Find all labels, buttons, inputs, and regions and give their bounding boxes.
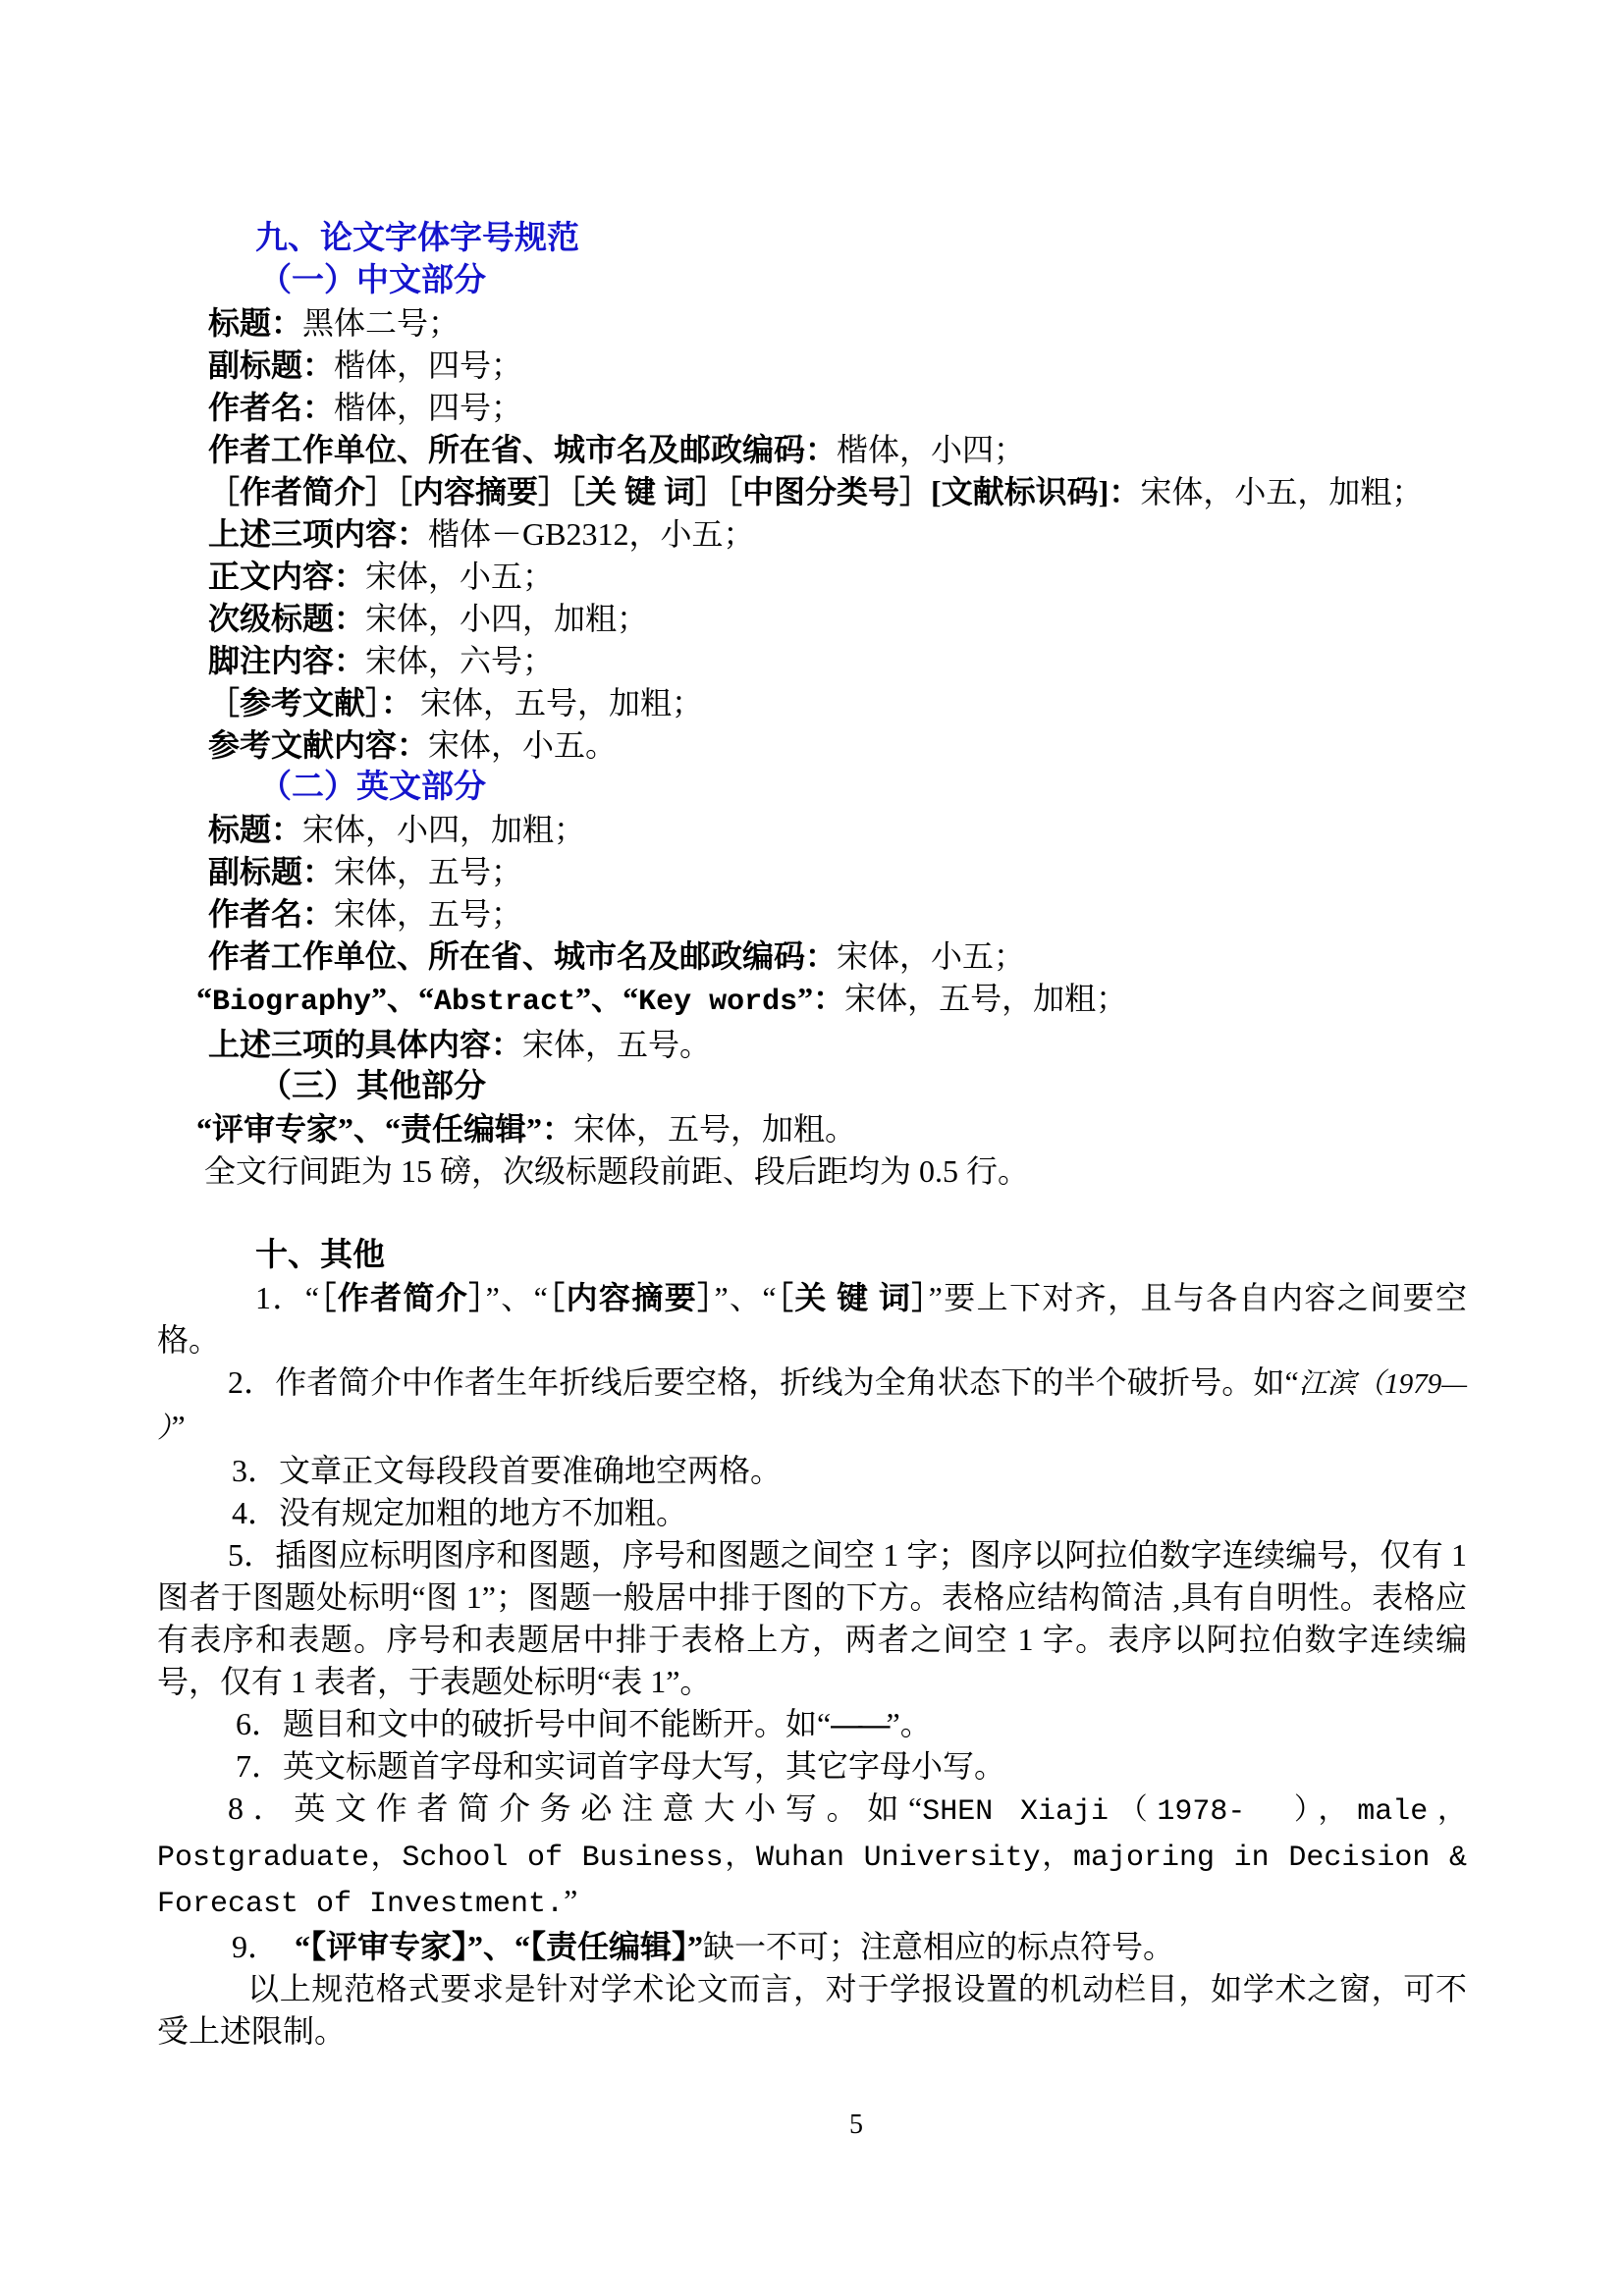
text-run: ”：: [797, 981, 844, 1016]
spec-line-footnote: 脚注内容：宋体，六号；: [208, 640, 1467, 682]
item-6: 6．题目和文中的破折号中间不能断开。如“——”。: [157, 1703, 1467, 1745]
document-content: 九、论文字体字号规范（一）中文部分标题：黑体二号；副标题：楷体，四号；作者名：楷…: [157, 218, 1467, 2053]
spec-line-title: 标题：黑体二号；: [208, 302, 1467, 345]
text-run: 宋体，小四，加粗；: [302, 812, 585, 847]
text-run: 全文行间距为 15 磅，次级标题段前距、段后距均为 0.5 行。: [204, 1153, 1029, 1189]
text-run: 标题：: [208, 812, 302, 847]
spec-line-line-spacing: 全文行间距为 15 磅，次级标题段前距、段后距均为 0.5 行。: [204, 1150, 1467, 1193]
spec-line-affiliation: 作者工作单位、所在省、城市名及邮政编码：楷体，小四；: [208, 429, 1467, 471]
closing-paragraph: 以上规范格式要求是针对学术论文而言，对于学报设置的机动栏目，如学术之窗，可不受上…: [157, 1968, 1467, 2053]
spec-line-en-content: 上述三项的具体内容：宋体，五号。: [208, 1024, 1467, 1066]
text-run: 9．: [232, 1929, 295, 1964]
text-run: ［参考文献］：: [208, 685, 412, 721]
text-run: ”: [564, 1883, 577, 1918]
text-run: Key words: [638, 986, 797, 1019]
text-run: 缺一不可；注意相应的标点符号。: [703, 1929, 1174, 1964]
text-run: 副标题：: [208, 854, 334, 889]
spec-line-meta-content: 上述三项内容：楷体－GB2312，小五；: [208, 513, 1467, 556]
text-run: “: [196, 981, 212, 1016]
text-run: 1．“: [255, 1280, 319, 1315]
text-run: 楷体，四号；: [334, 390, 522, 425]
text-run: 8．英文作者简介务必注意大小写。如“: [228, 1790, 922, 1826]
text-run: ”、“: [714, 1280, 776, 1315]
spec-line-author: 作者名：楷体，四号；: [208, 387, 1467, 429]
text-run: 楷体，小四；: [837, 432, 1025, 467]
item-8: 8．英文作者简介务必注意大小写。如“SHEN Xiaji（1978- ），mal…: [157, 1788, 1467, 1926]
spec-line-en-affiliation: 作者工作单位、所在省、城市名及邮政编码：宋体，小五；: [208, 935, 1467, 978]
spec-line-subheading: 次级标题：宋体，小四，加粗；: [208, 598, 1467, 640]
spec-line-en-keywords: “Biography”、“Abstract”、“Key words”：宋体，五号…: [196, 978, 1467, 1024]
spec-line-reviewer-editor: “评审专家”、“责任编辑”：宋体，五号，加粗。: [196, 1108, 1467, 1150]
spec-line-references-label: ［参考文献］： 宋体，五号，加粗；: [208, 682, 1467, 724]
text-run: 宋体，五号，加粗；: [844, 981, 1127, 1016]
text-run: 脚注内容：: [208, 643, 365, 678]
text-run: 宋体，五号；: [334, 896, 522, 932]
spec-line-meta-fields: ［作者简介］［内容摘要］［关 键 词］［中图分类号］[文献标识码]：宋体，小五，…: [208, 471, 1467, 513]
heading-section-9-2: （二）英文部分: [259, 767, 1467, 809]
item-5: 5．插图应标明图序和图题，序号和图题之间空 1 字；图序以阿拉伯数字连续编号，仅…: [157, 1534, 1467, 1703]
document-page: 九、论文字体字号规范（一）中文部分标题：黑体二号；副标题：楷体，四号；作者名：楷…: [0, 0, 1624, 2296]
text-run: 副标题：: [208, 347, 334, 383]
item-9: 9． “【评审专家】”、“【责任编辑】”缺一不可；注意相应的标点符号。: [157, 1926, 1467, 1968]
text-run: 3．文章正文每段段首要准确地空两格。: [232, 1453, 782, 1488]
spec-line-subtitle: 副标题：楷体，四号；: [208, 345, 1467, 387]
text-run: 楷体，四号；: [334, 347, 522, 383]
text-run: 宋体，小五；: [837, 938, 1025, 974]
text-run: 2．作者简介中作者生年折线后要空格，折线为全角状态下的半个破折号。如“: [228, 1364, 1299, 1400]
text-run: ［作者简介］［内容摘要］［关 键 词］［中图分类号］[文献标识码]：: [208, 474, 1140, 509]
text-run: 7．英文标题首字母和实词首字母大写，其它字母小写。: [236, 1748, 1005, 1784]
text-run: 以上规范格式要求是针对学术论文而言，对于学报设置的机动栏目，如学术之窗，可不受上…: [157, 1971, 1467, 2049]
text-run: 宋体，五号；: [334, 854, 522, 889]
text-run: 楷体－GB2312，小五；: [428, 516, 754, 552]
text-run: 宋体，五号，加粗；: [412, 685, 703, 721]
item-4: 4．没有规定加粗的地方不加粗。: [157, 1492, 1467, 1534]
text-run: 正文内容：: [208, 559, 365, 594]
text-run: 上述三项的具体内容：: [208, 1027, 522, 1062]
text-run: 宋体，五号。: [522, 1027, 711, 1062]
spec-line-en-author: 作者名：宋体，五号；: [208, 893, 1467, 935]
text-run: ［作者简介］: [319, 1280, 486, 1315]
heading-section-10: 十、其他: [255, 1235, 1467, 1277]
text-run: ”、“: [371, 981, 434, 1016]
text-run: 4．没有规定加粗的地方不加粗。: [232, 1495, 687, 1530]
text-run: 宋体，小五。: [428, 727, 617, 763]
text-run: ”、“: [486, 1280, 548, 1315]
text-run: ”。: [887, 1706, 932, 1741]
heading-section-9: 九、论文字体字号规范: [255, 218, 1467, 260]
text-run: ”: [172, 1409, 186, 1444]
text-run: 次级标题：: [208, 601, 365, 636]
text-run: 宋体，小五，加粗；: [1140, 474, 1423, 509]
page-number: 5: [0, 2109, 1624, 2142]
heading-section-9-1: （一）中文部分: [259, 260, 1467, 302]
blank-line: [157, 1193, 1467, 1235]
text-run: ——: [831, 1706, 886, 1741]
item-2: 2．作者简介中作者生年折线后要空格，折线为全角状态下的半个破折号。如“江滨（19…: [157, 1362, 1467, 1450]
text-run: 宋体，小五；: [365, 559, 554, 594]
item-1: 1．“［作者简介］”、“［内容摘要］”、“［关 键 词］”要上下对齐，且与各自内…: [157, 1277, 1467, 1362]
text-run: 宋体，小四，加粗；: [365, 601, 648, 636]
text-run: ［关 键 词］: [777, 1280, 929, 1315]
spec-line-references-content: 参考文献内容：宋体，小五。: [208, 724, 1467, 767]
text-run: “评审专家”、“责任编辑”：: [196, 1111, 573, 1147]
text-run: 宋体，六号；: [365, 643, 554, 678]
text-run: Abstract: [434, 986, 575, 1019]
item-7: 7．英文标题首字母和实词首字母大写，其它字母小写。: [157, 1745, 1467, 1788]
item-3: 3．文章正文每段段首要准确地空两格。: [157, 1450, 1467, 1492]
text-run: “【评审专家】”、“【责任编辑】”: [295, 1929, 703, 1964]
text-run: 作者名：: [208, 390, 334, 425]
text-run: 参考文献内容：: [208, 727, 428, 763]
spec-line-body: 正文内容：宋体，小五；: [208, 556, 1467, 598]
text-run: 十、其他: [255, 1238, 385, 1273]
text-run: 标题：: [208, 305, 302, 341]
text-run: 作者工作单位、所在省、城市名及邮政编码：: [208, 938, 837, 974]
spec-line-en-subtitle: 副标题：宋体，五号；: [208, 851, 1467, 893]
text-run: Biography: [212, 986, 371, 1019]
text-run: ”、“: [575, 981, 638, 1016]
text-run: 黑体二号；: [302, 305, 460, 341]
text-run: 宋体，五号，加粗。: [573, 1111, 856, 1147]
text-run: 九、论文字体字号规范: [255, 221, 579, 256]
text-run: 6．题目和文中的破折号中间不能断开。如“: [236, 1706, 831, 1741]
text-run: （三）其他部分: [259, 1069, 486, 1104]
text-run: 上述三项内容：: [208, 516, 428, 552]
text-run: ［内容摘要］: [548, 1280, 715, 1315]
text-run: 作者工作单位、所在省、城市名及邮政编码：: [208, 432, 837, 467]
text-run: （二）英文部分: [259, 770, 486, 805]
heading-section-9-3: （三）其他部分: [259, 1066, 1467, 1108]
text-run: 作者名：: [208, 896, 334, 932]
text-run: 5．插图应标明图序和图题，序号和图题之间空 1 字；图序以阿拉伯数字连续编号，仅…: [157, 1537, 1467, 1699]
text-run: （一）中文部分: [259, 263, 486, 298]
spec-line-en-title: 标题：宋体，小四，加粗；: [208, 809, 1467, 851]
